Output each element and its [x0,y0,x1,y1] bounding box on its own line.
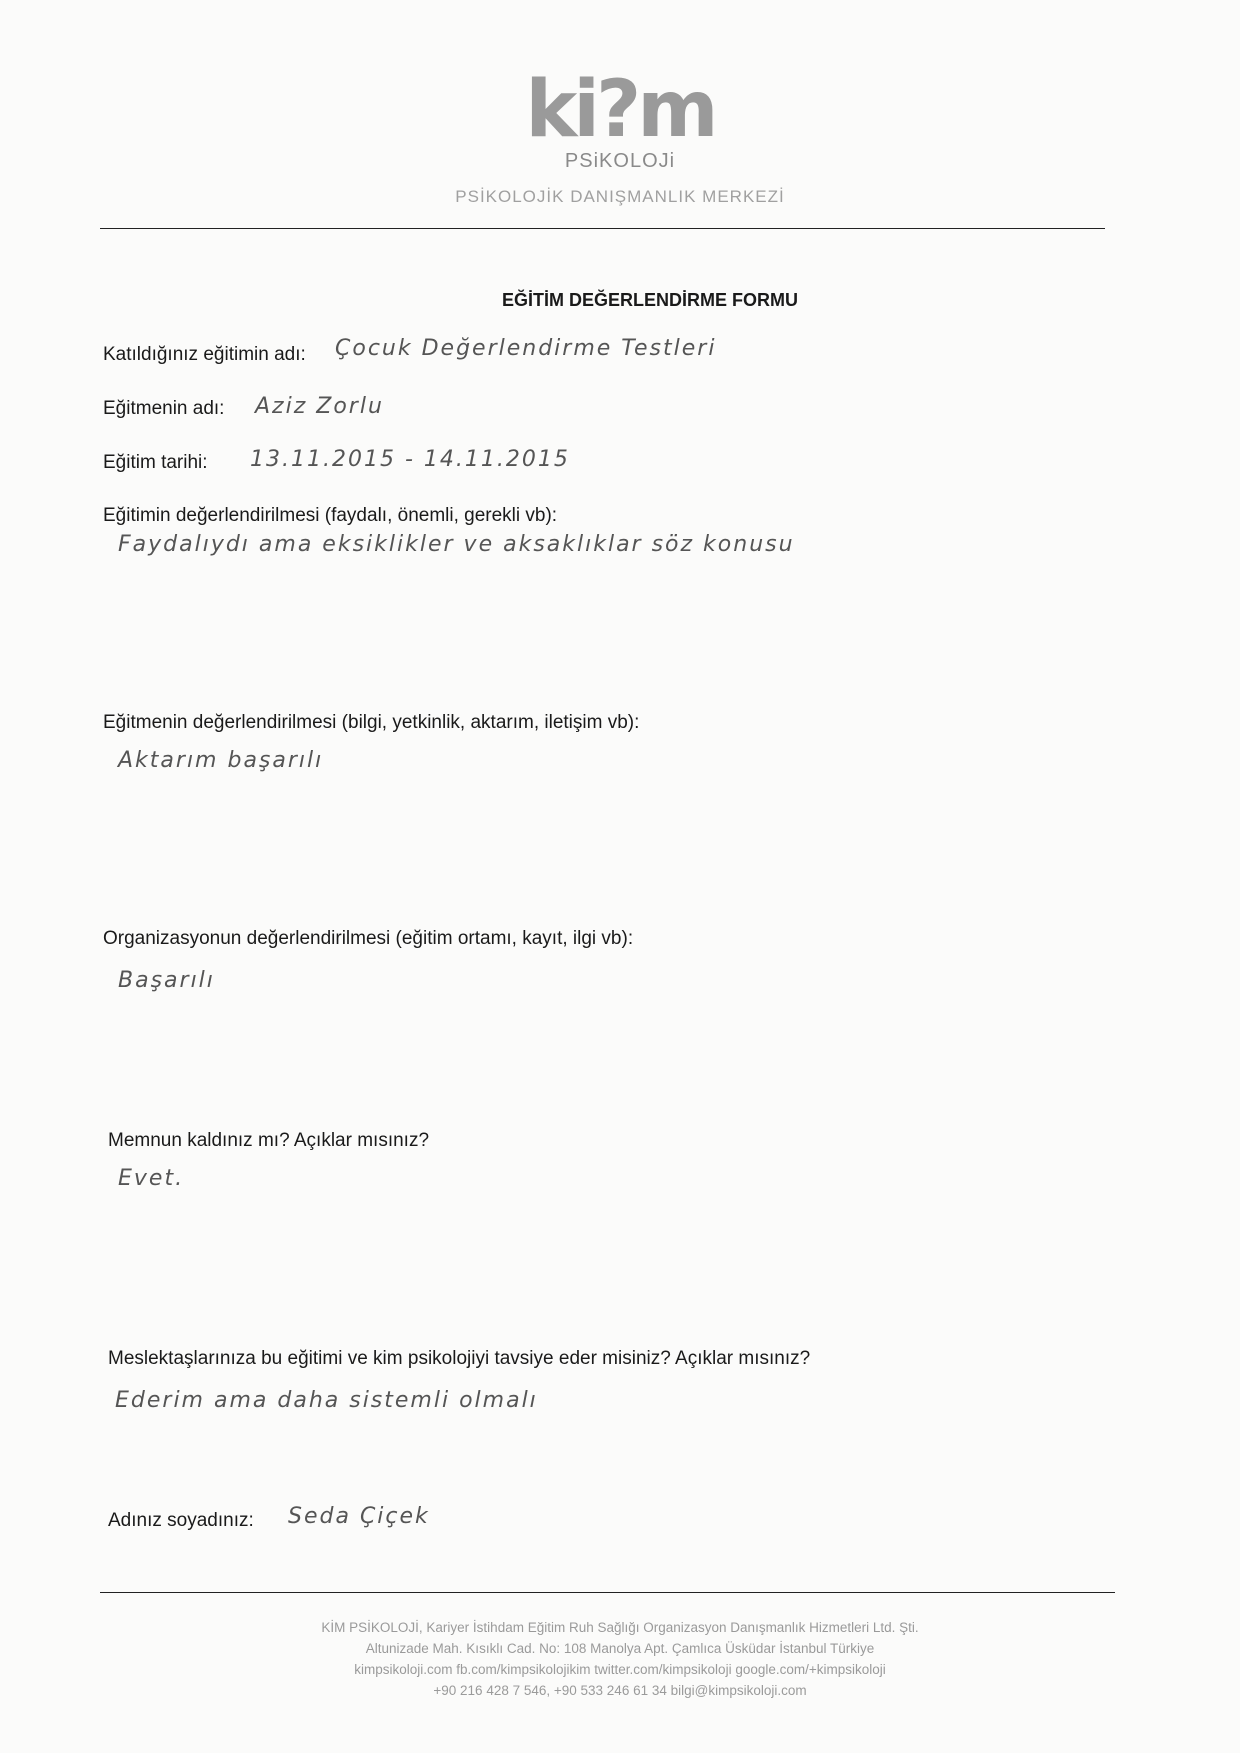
footer-divider [100,1592,1115,1593]
field-label-full-name: Adınız soyadınız: [108,1510,254,1532]
field-label-training-name: Katıldığınız eğitimin adı: [103,344,306,366]
field-value-trainer-name: Aziz Zorlu [255,394,384,419]
field-value-recommendation: Ederim ama daha sistemli olmalı [115,1388,538,1413]
field-value-training-date: 13.11.2015 - 14.11.2015 [250,447,570,472]
footer-address: Altunizade Mah. Kısıklı Cad. No: 108 Man… [0,1638,1240,1659]
field-label-trainer-evaluation: Eğitmenin değerlendirilmesi (bilgi, yetk… [103,712,639,734]
field-label-satisfaction: Memnun kaldınız mı? Açıklar mısınız? [108,1130,429,1152]
field-value-training-evaluation: Faydalıydı ama eksiklikler ve aksaklıkla… [118,532,795,557]
field-label-recommendation: Meslektaşlarınıza bu eğitimi ve kim psik… [108,1348,810,1370]
field-value-organization-evaluation: Başarılı [118,968,215,993]
field-value-full-name: Seda Çiçek [288,1504,430,1529]
footer-contact: KİM PSİKOLOJİ, Kariyer İstihdam Eğitim R… [0,1617,1240,1701]
field-label-training-date: Eğitim tarihi: [103,452,208,474]
field-value-training-name: Çocuk Değerlendirme Testleri [335,336,716,361]
footer-phone-email: +90 216 428 7 546, +90 533 246 61 34 bil… [0,1680,1240,1701]
field-label-organization-evaluation: Organizasyonun değerlendirilmesi (eğitim… [103,928,633,950]
logo-subtitle: PSiKOLOJi [0,150,1240,173]
header-divider [100,228,1105,229]
field-value-satisfaction: Evet. [118,1166,184,1191]
footer-company: KİM PSİKOLOJİ, Kariyer İstihdam Eğitim R… [0,1617,1240,1638]
logo-mark: ki?m [0,70,1240,150]
company-logo: ki?m PSiKOLOJi PSİKOLOJİK DANIŞMANLIK ME… [0,70,1240,207]
field-value-trainer-evaluation: Aktarım başarılı [118,748,323,773]
footer-web: kimpsikoloji.com fb.com/kimpsikolojikim … [0,1659,1240,1680]
center-name: PSİKOLOJİK DANIŞMANLIK MERKEZİ [0,187,1240,207]
field-label-trainer-name: Eğitmenin adı: [103,398,224,420]
field-label-training-evaluation: Eğitimin değerlendirilmesi (faydalı, öne… [103,505,557,527]
form-title: EĞİTİM DEĞERLENDİRME FORMU [0,290,1240,311]
